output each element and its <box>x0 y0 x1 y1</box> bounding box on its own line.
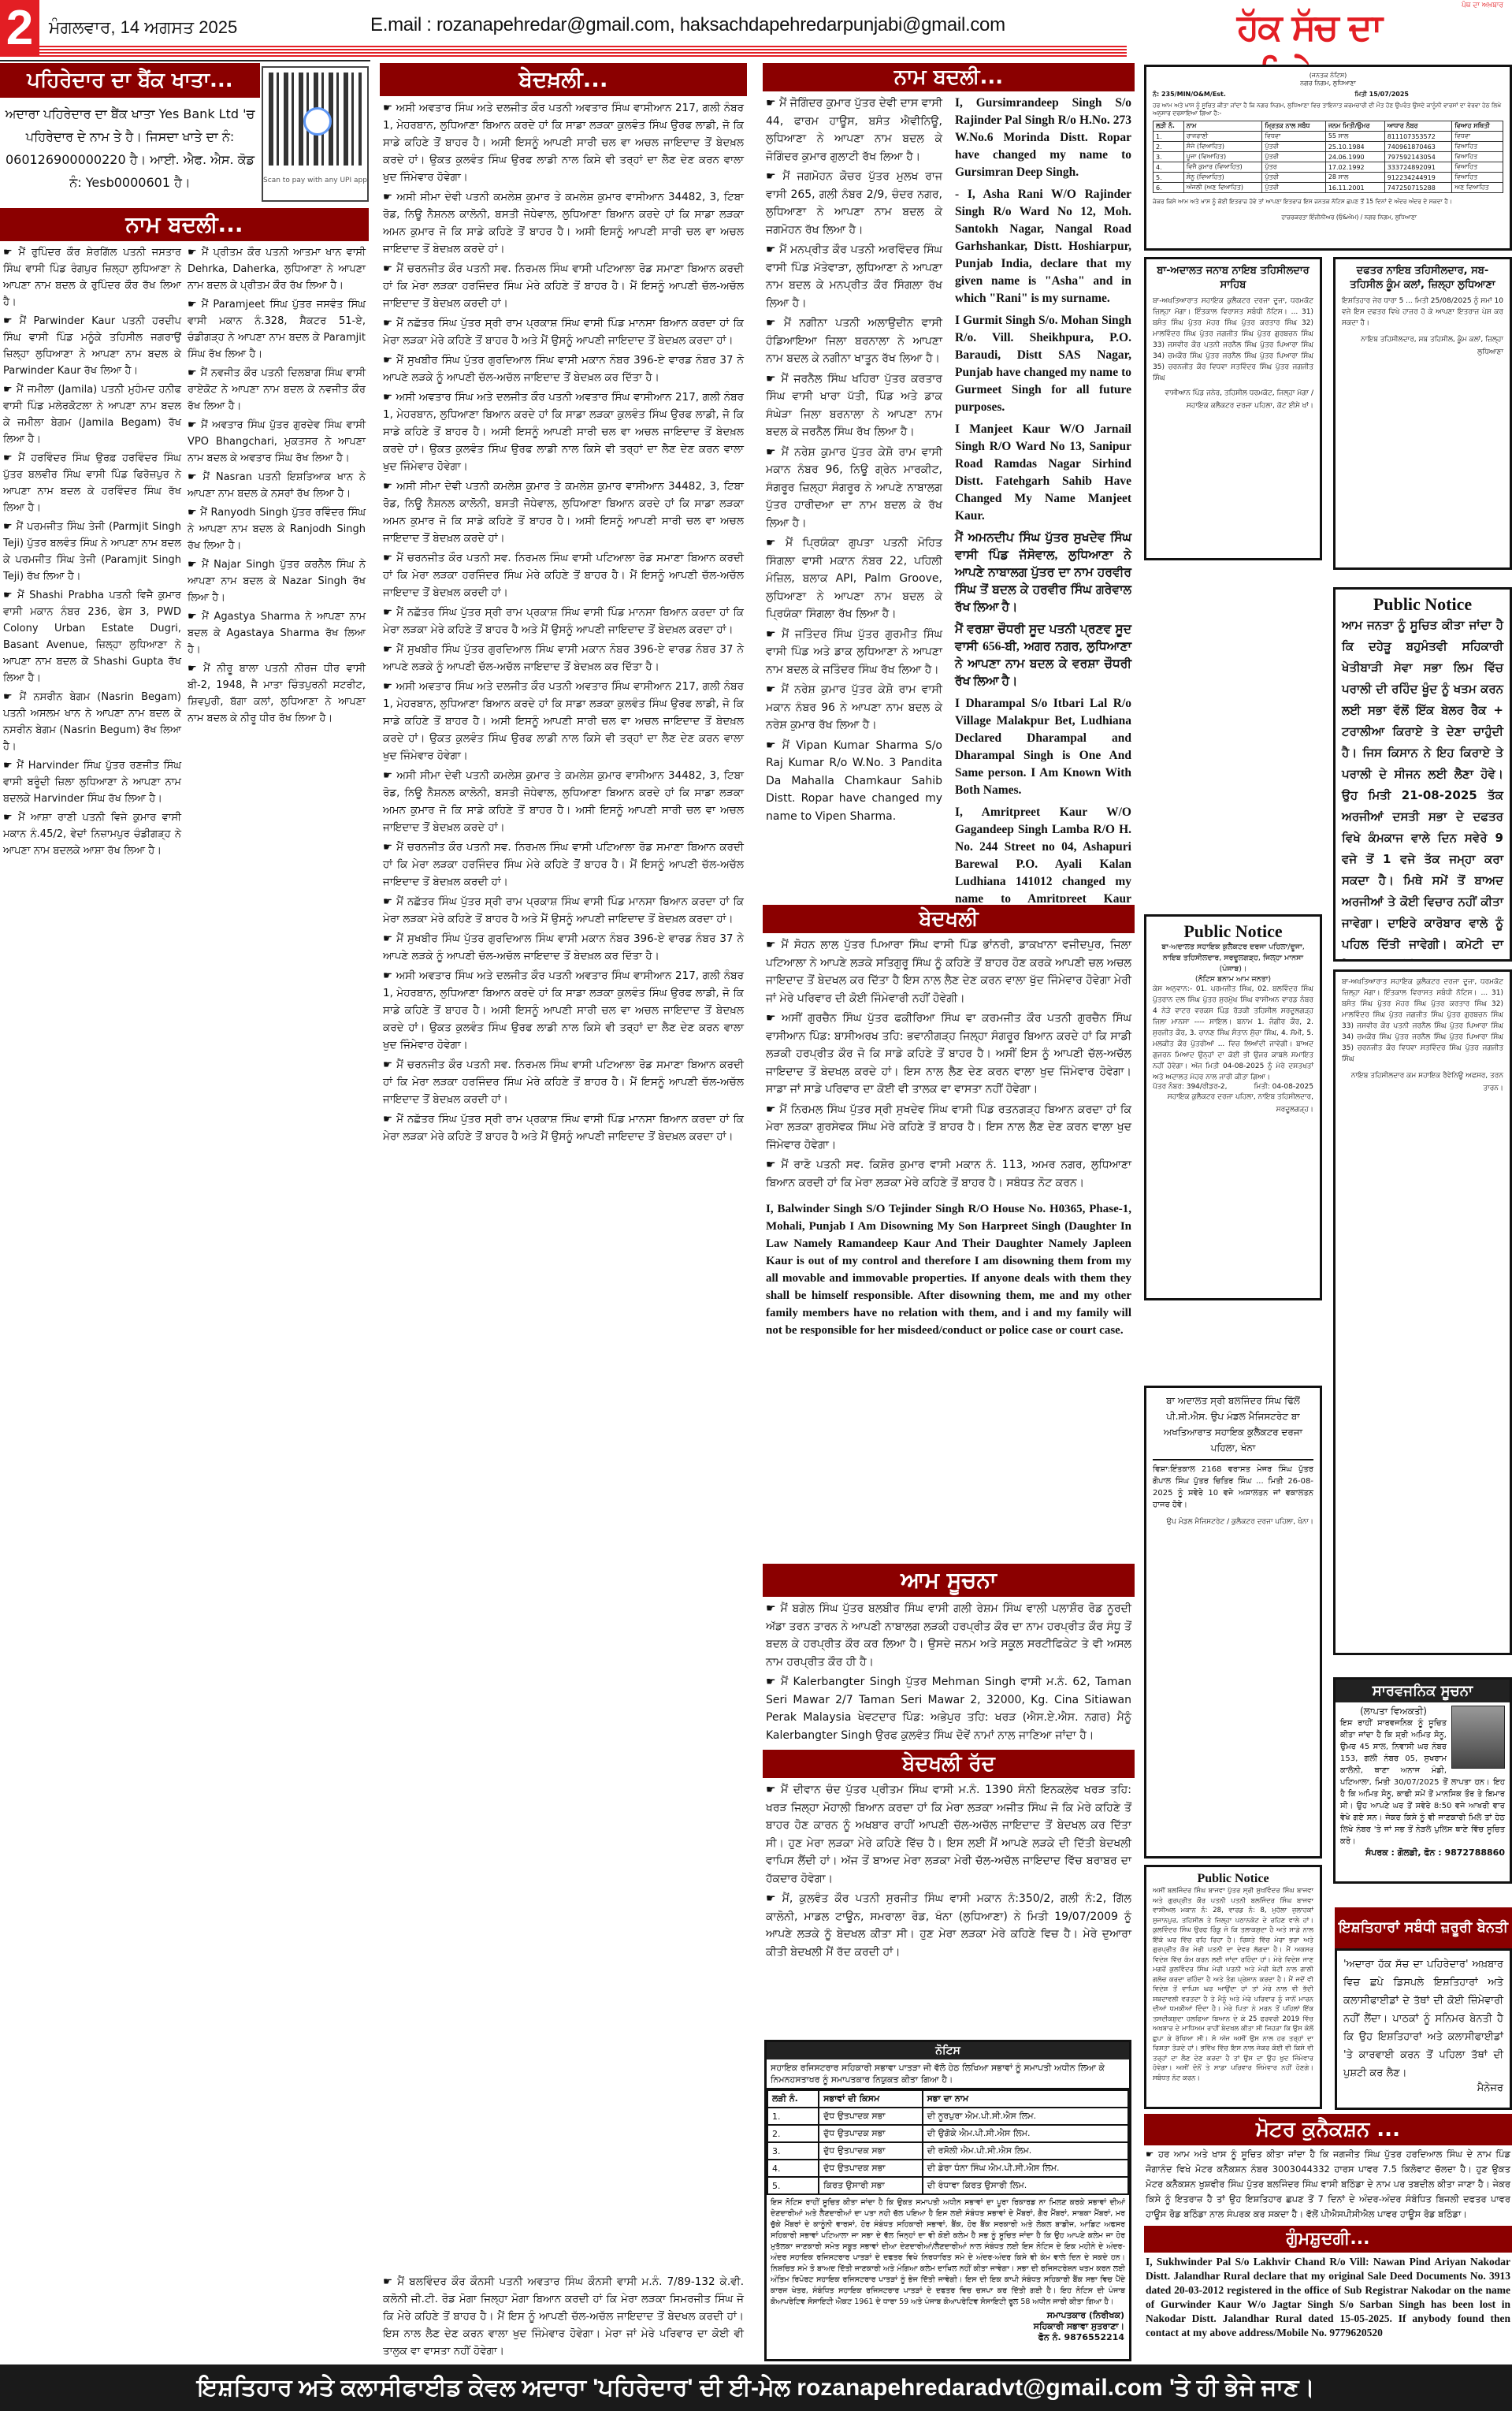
bedakhli-right-list: ☛ ਮੈਂ ਸੋਹਨ ਲਾਲ ਪੁੱਤਰ ਪਿਆਰਾ ਸਿੰਘ ਵਾਸੀ ਪਿੰ… <box>763 933 1135 1197</box>
list-item: ਮੈਂ ਜਤਿੰਦਰ ਸਿੰਘ ਪੁੱਤਰ ਗੁਰਮੀਤ ਸਿੰਘ ਵਾਸੀ ਪ… <box>766 626 942 679</box>
notice-title: Public Notice <box>1153 921 1313 942</box>
disclaimer-signature: ਮੈਨੇਜਰ <box>1343 2082 1503 2094</box>
cell: ਸੰਜੇ (ਵਿਆਹਿਤ) <box>1183 142 1262 152</box>
notice-body: ਇਸ ਨੋਟਿਸ ਰਾਹੀਂ ਸੂਚਿਤ ਕੀਤਾ ਜਾਂਦਾ ਹੈ ਕਿ ਉਕ… <box>767 2195 1129 2310</box>
naam-badli-columns: ਮੈਂ ਰੁਪਿੰਦਰ ਕੌਰ ਸ਼ੇਰਗਿੱਲ ਪਤਨੀ ਜਸਤਾਰ ਸਿੰਘ… <box>0 241 369 865</box>
table-row: 4.ਦੁੱਧ ਉਤਪਾਦਕ ਸਭਾਦੀ ਡੇਰਾ ਧੰਨਾ ਸਿੰਘ ਐਮ.ਪੀ… <box>767 2160 1128 2177</box>
list-item: ਮੈਂ ਨੀਰੂ ਬਾਲਾ ਪਤਨੀ ਨੀਰਜ ਧੀਰ ਵਾਸੀ ਬੀ-2, 1… <box>188 660 366 727</box>
cell: ਵਿਆਹਿਤ <box>1452 142 1503 152</box>
list-item: ਮੈਂ, ਕੁਲਵੰਤ ਕੌਰ ਪਤਨੀ ਸੁਰਜੀਤ ਸਿੰਘ ਵਾਸੀ ਮਕ… <box>766 1890 1131 1961</box>
list-item: ਮੈਂ ਜੋਗਿੰਦਰ ਕੁਮਾਰ ਪੁੱਤਰ ਦੇਵੀ ਦਾਸ ਵਾਸੀ 44… <box>766 95 942 166</box>
logo-tagline: ਪੰਥ ਦਾ ਅਖ਼ਬਾਰ <box>1462 2 1503 9</box>
cell: 2. <box>1154 142 1184 152</box>
list-item: ਮੈਂ ਰਾਣੋ ਪਤਨੀ ਸਵ. ਕਿਸ਼ੋਰ ਕੁਮਾਰ ਵਾਸੀ ਮਕਾਨ… <box>766 1156 1131 1192</box>
list-item: ਅਸੀ ਅਵਤਾਰ ਸਿੰਘ ਅਤੇ ਦਲਜੀਤ ਕੌਰ ਪਤਨੀ ਅਵਤਾਰ … <box>383 99 744 186</box>
notice-title: ਬਾ ਅਦਾਲਤ ਸ੍ਰੀ ਬਲਜਿੰਦਰ ਸਿੰਘ ਢਿੱਲੋਂ ਪੀ.ਸੀ.… <box>1153 1393 1313 1460</box>
list-item: I, Balwinder Singh S/O Tejinder Singh R/… <box>766 1200 1131 1339</box>
cell: 17.02.1992 <box>1325 162 1384 173</box>
table-row: 1.ਦੁੱਧ ਉਤਪਾਦਕ ਸਭਾਦੀ ਨੂਰਪੁਰਾ ਐਮ.ਪੀ.ਸੀ.ਐਸ … <box>767 2108 1128 2125</box>
upi-qr-code[interactable]: Scan to pay with any UPI app <box>262 66 369 202</box>
list-item: ਮੈਂ ਹਰਵਿੰਦਰ ਸਿੰਘ ਉਰਫ਼ ਹਰਵਿੰਦਰ ਸਿੰਘ ਪੁੱਤਰ… <box>3 450 181 516</box>
notice-subtitle: (ਨੋਟਿਸ ਬਨਾਮ ਆਮ ਜਨਤਾ) <box>1153 975 1313 984</box>
naam-badli-right-section: ਨਾਮ ਬਦਲੀ... ਮੈਂ ਜੋਗਿੰਦਰ ਕੁਮਾਰ ਪੁੱਤਰ ਦੇਵੀ… <box>763 63 1135 902</box>
notice-ref-row: ਪੱਤਰ ਨੰਬਰ: 394/ਰੀਡਰ-2, ਮਿਤੀ: 04-08-2025 <box>1153 1083 1313 1091</box>
qr-icon <box>269 73 362 166</box>
cell: 811107353572 <box>1384 132 1452 142</box>
cell: 1. <box>767 2108 819 2125</box>
list-item: ਮੈਂ ਸੁਖਬੀਰ ਸਿੰਘ ਪੁੱਤਰ ਗੁਰਦਿਆਲ ਸਿੰਘ ਵਾਸੀ … <box>383 641 744 675</box>
section-header: ਗੁੰਮਸ਼ੁਦਗੀ... <box>1144 2226 1512 2253</box>
notice-org: ਨਗਰ ਨਿਗਮ, ਲੁਧਿਆਣਾ <box>1153 80 1503 87</box>
list-item: ਮੈਂ ਨਰੇਸ਼ ਕੁਮਾਰ ਪੁੱਤਰ ਕੇਸ਼ੋ ਰਾਮ ਵਾਸੀ ਮਕਾ… <box>766 444 942 533</box>
notice-ref: ਨੰ: 235/MIN/O&M/Est. <box>1153 91 1226 99</box>
bank-text: ਅਦਾਰਾ ਪਹਿਰੇਦਾਰ ਦਾ ਬੈਂਕ ਖਾਤਾ Yes Bank Ltd… <box>0 98 260 199</box>
list-item: ਮੈਂ ਨਛੱਤਰ ਸਿੰਘ ਪੁੱਤਰ ਸ੍ਰੀ ਰਾਮ ਪ੍ਰਕਾਸ਼ ਸਿ… <box>383 604 744 638</box>
public-notice-sardulgarh: Public Notice ਬਾ-ਅਦਾਲਤ ਸਹਾਇਕ ਕੁਲੈਕਟਰ ਦਰਜ… <box>1144 914 1322 1300</box>
list-item: ਮੈਂ ਜਗਮੋਹਨ ਕੋਚਰ ਪੁੱਤਰ ਮੁਲਖ ਰਾਜ ਵਾਸੀ 265,… <box>766 168 942 239</box>
cell: 1. <box>1154 132 1184 142</box>
bedakhli-radd-section: ਬੇਦਖਲੀ ਰੱਦ ਮੈਂ ਦੀਵਾਨ ਚੰਦ ਪੁੱਤਰ ਪ੍ਰੀਤਮ ਸਿ… <box>763 1750 1135 2033</box>
person-photo <box>1451 1706 1505 1769</box>
footer-banner: ਇਸ਼ਤਿਹਾਰ ਅਤੇ ਕਲਾਸੀਫਾਈਡ ਕੇਵਲ ਅਦਾਰਾ 'ਪਹਿਰੇ… <box>0 2364 1512 2411</box>
list-item: ਮੈਂ ਚਰਨਜੀਤ ਕੌਰ ਪਤਨੀ ਸਵ. ਨਿਰਮਲ ਸਿੰਘ ਵਾਸੀ … <box>383 549 744 601</box>
section-header: ਨਾਮ ਬਦਲੀ... <box>763 63 1135 91</box>
list-item: ਮੈਂ ਬਲਵਿੰਦਰ ਕੌਰ ਕੌਨਸੀ ਪਤਨੀ ਅਵਤਾਰ ਸਿੰਘ ਕੌ… <box>383 2273 744 2360</box>
table-row: 4.ਵਿਜੈ ਕੁਮਾਰ (ਵਿਆਹਿਤ)ਪੁੱਤਰ17.02.19923337… <box>1154 162 1503 173</box>
list-item: I, Gursimrandeep Singh S/o Rajinder Pal … <box>955 95 1131 181</box>
cell: 6. <box>1154 183 1184 193</box>
notice-body: ਆਮ ਜਨਤਾ ਨੂੰ ਸੂਚਿਤ ਕੀਤਾ ਜਾਂਦਾ ਹੈ ਕਿ ਦਹੇੜੂ… <box>1342 615 1503 962</box>
list-item: ਮੈਂ ਸੁਖਬੀਰ ਸਿੰਘ ਪੁੱਤਰ ਗੁਰਦਿਆਲ ਸਿੰਘ ਵਾਸੀ … <box>383 930 744 965</box>
table-row: 5.ਕਿਰਤ ਉਸਾਰੀ ਸਭਾਦੀ ਰੰਧਾਵਾ ਕਿਰਤ ਉਸਾਰੀ ਲਿਮ… <box>767 2177 1128 2194</box>
notice-body: ਅਸੀਂ ਬਲਜਿੰਦਰ ਸਿੰਘ ਬਾਜਵਾ ਪੁੱਤਰ ਸ੍ਰੀ ਸੁਖਵਿ… <box>1153 1886 1313 2083</box>
section-header: ਇਸ਼ਤਿਹਾਰਾਂ ਸਬੰਧੀ ਜ਼ਰੂਰੀ ਬੇਨਤੀ <box>1335 1907 1512 1948</box>
khanna-court-notice: ਬਾ ਅਦਾਲਤ ਸ੍ਰੀ ਬਲਜਿੰਦਰ ਸਿੰਘ ਢਿੱਲੋਂ ਪੀ.ਸੀ.… <box>1144 1386 1322 1858</box>
list-item: ਮੈਂ ਅਵਤਾਰ ਸਿੰਘ ਪੁੱਤਰ ਗੁਰਦੇਵ ਸਿੰਘ ਵਾਸੀ VP… <box>188 417 366 467</box>
daftar-naib-tehsildar-notice: ਦਫਤਰ ਨਾਇਬ ਤਹਿਸੀਲਦਾਰ, ਸਬ-ਤਹਿਸੀਲ ਕੂੰਮ ਕਲਾਂ… <box>1333 257 1512 570</box>
notice-body: ਇਸ਼ਤਿਹਾਰ ਜੇਰ ਧਾਰਾ 5 ... ਮਿਤੀ 25/08/2025 … <box>1342 296 1503 329</box>
masthead-email: E.mail : rozanapehredar@gmail.com, haksa… <box>370 14 1005 36</box>
cell: ਪੁੱਤਰੀ <box>1262 152 1325 162</box>
cell: ਪੂਜਾ (ਵਿਆਹਿਤ) <box>1183 152 1262 162</box>
bedakhli-last-item: ਮੈਂ ਬਲਵਿੰਦਰ ਕੌਰ ਕੌਨਸੀ ਪਤਨੀ ਅਵਤਾਰ ਸਿੰਘ ਕੌ… <box>380 2270 747 2361</box>
missing-person-body: (ਲਾਪਤਾ ਵਿਅਕਤੀ) ਇਸ ਰਾਹੀਂ ਸਾਰਵਜਨਿਕ ਨੂੰ ਸੂਚ… <box>1336 1702 1510 1862</box>
list-item: ਮੈਂ ਨਵਜੀਤ ਕੌਰ ਪਤਨੀ ਦਿਲਬਾਗ ਸਿੰਘ ਵਾਸੀ ਰਾਏਕ… <box>188 365 366 415</box>
notice-signature: ਸਮਾਪਤਕਾਰ (ਨਿਰੀਖਕ) ਸਹਿਕਾਰੀ ਸਭਾਵਾ ਸੁਤਰਾਣਾ।… <box>767 2310 1129 2343</box>
cell: ਵਿਜੈ ਕੁਮਾਰ (ਵਿਆਹਿਤ) <box>1183 162 1262 173</box>
notice-ref-row: ਨੰ: 235/MIN/O&M/Est. ਮਿਤੀ 15/07/2025 <box>1153 91 1503 99</box>
list-item: ਮੈਂ ਜਰਨੈਲ ਸਿੰਘ ਖਹਿਰਾ ਪੁੱਤਰ ਕਰਤਾਰ ਸਿੰਘ ਵਾ… <box>766 370 942 441</box>
list-item: ਅਸੀ ਸੀਮਾ ਦੇਵੀ ਪਤਨੀ ਕਮਲੇਸ਼ ਕੁਮਾਰ ਤੇ ਕਮਲੇਸ… <box>383 478 744 547</box>
naam-badli-right-columns: ਮੈਂ ਜੋਗਿੰਦਰ ਕੁਮਾਰ ਪੁੱਤਰ ਦੇਵੀ ਦਾਸ ਵਾਸੀ 44… <box>763 91 1135 902</box>
notice-title: ਸਾਰਵਜਨਿਕ ਸੂਚਨਾ <box>1336 1680 1510 1702</box>
list-item: ਮੈਂ ਮਨਪ੍ਰੀਤ ਕੌਰ ਪਤਨੀ ਅਰਵਿੰਦਰ ਸਿੰਘ ਵਾਸੀ ਪ… <box>766 241 942 312</box>
cell: ਦੀ ਰੰਧਾਵਾ ਕਿਰਤ ਉਸਾਰੀ ਲਿਮ. <box>923 2177 1128 2194</box>
cell: ਪੁੱਤਰੀ <box>1262 173 1325 183</box>
notice-signature: ਉਪ ਮੰਡਲ ਮੈਜਿਸਟਰੇਟ / ਕੁਲੈਕਟਰ ਦਰਜਾ ਪਹਿਲਾ, … <box>1153 1516 1313 1528</box>
public-notice-pathankot: Public Notice ਅਸੀਂ ਬਲਜਿੰਦਰ ਸਿੰਘ ਬਾਜਵਾ ਪੁ… <box>1144 1865 1322 2109</box>
motor-and-lost-section: ਮੋਟਰ ਕੁਨੈਕਸ਼ਨ ... ਹਰ ਆਮ ਅਤੇ ਖਾਸ ਨੂੰ ਸੂਚਿ… <box>1144 2114 1512 2364</box>
public-notice-dahedu: Public Notice ਆਮ ਜਨਤਾ ਨੂੰ ਸੂਚਿਤ ਕੀਤਾ ਜਾਂ… <box>1333 587 1512 962</box>
list-item: ਮੈਂ ਚਰਨਜੀਤ ਕੌਰ ਪਤਨੀ ਸਵ. ਨਿਰਮਲ ਸਿੰਘ ਵਾਸੀ … <box>383 1056 744 1108</box>
section-header: ਬੇਦਖਲੀ ਰੱਦ <box>763 1750 1135 1778</box>
list-item: I Gurmit Singh S/o. Mohan Singh R/o. Vil… <box>955 312 1131 416</box>
motor-body-wrap: ਹਰ ਆਮ ਅਤੇ ਖਾਸ ਨੂੰ ਸੂਚਿਤ ਕੀਤਾ ਜਾਂਦਾ ਹੈ ਕਿ… <box>1144 2145 1512 2226</box>
cell: ਦੀ ਨੂਰਪੁਰਾ ਐਮ.ਪੀ.ਸੀ.ਐਸ ਲਿਮ. <box>923 2108 1128 2125</box>
list-item: ਅਸੀ ਸੀਮਾ ਦੇਵੀ ਪਤਨੀ ਕਮਲੇਸ਼ ਕੁਮਾਰ ਤੇ ਕਮਲੇਸ… <box>383 188 744 258</box>
notice-body: ਬਾ-ਅਖਤਿਆਰਾਤ ਸਹਾਇਕ ਕੁਲੈਕਟਰ ਦਰਜਾ ਦੂਜਾ, ਧਰਮ… <box>1153 296 1313 384</box>
list-item: ਮੈਂ Agastya Sharma ਨੇ ਆਪਣਾ ਨਾਮ ਬਦਲ ਕੇ Ag… <box>188 608 366 658</box>
cell: ਅੰਜਲੀ (ਅਣ ਵਿਆਹਿਤ) <box>1183 183 1262 193</box>
cell: 4. <box>767 2160 819 2177</box>
municipal-heirs-notice: (ਜਨਤਕ ਨੋਟਿਸ) ਨਗਰ ਨਿਗਮ, ਲੁਧਿਆਣਾ ਨੰ: 235/M… <box>1144 65 1512 251</box>
cell: ਦੁੱਧ ਉਤਪਾਦਕ ਸਭਾ <box>819 2142 922 2160</box>
cooperative-notice: ਨੋਟਿਸ ਸਹਾਇਕ ਰਜਿਸਟਰਾਰ ਸਹਿਕਾਰੀ ਸਭਾਵਾ ਪਾਤੜਾ… <box>764 2040 1131 2361</box>
cell: 3. <box>1154 152 1184 162</box>
naam-badli-left-section: ਨਾਮ ਬਦਲੀ... ਮੈਂ ਰੁਪਿੰਦਰ ਕੌਰ ਸ਼ੇਰਗਿੱਲ ਪਤਨ… <box>0 208 369 2360</box>
cell: ਦੀ ਉਗੋਕੇ ਐਮ.ਪੀ.ਸੀ.ਐਸ ਲਿਮ. <box>923 2125 1128 2142</box>
section-header: ਨਾਮ ਬਦਲੀ... <box>0 208 369 241</box>
cell: 3. <box>767 2142 819 2160</box>
list-item: ਮੈਂ Paramjeet ਸਿੰਘ ਪੁੱਤਰ ਜਸਵੰਤ ਸਿੰਘ ਵਾਸੀ… <box>188 296 366 363</box>
bedakhli-section: ਬੇਦਖ਼ਲੀ... ਅਸੀ ਅਵਤਾਰ ਸਿੰਘ ਅਤੇ ਦਲਜੀਤ ਕੌਰ … <box>380 63 747 2361</box>
signatory-phone: ਫੋਨ ਨੰ. 9876552214 <box>771 2332 1124 2343</box>
list-item: ਮੈਂ Harvinder ਸਿੰਘ ਪੁੱਤਰ ਰਣਜੀਤ ਸਿੰਘ ਵਾਸੀ… <box>3 757 181 807</box>
list-item: ਅਸੀ ਅਵਤਾਰ ਸਿੰਘ ਅਤੇ ਦਲਜੀਤ ਕੌਰ ਪਤਨੀ ਅਵਤਾਰ … <box>383 678 744 765</box>
column-header: ਨਾਮ <box>1183 121 1262 132</box>
notice-footer: ਜੇਕਰ ਕਿਸੇ ਆਮ ਅਤੇ ਖਾਸ ਨੂੰ ਕੋਈ ਇਤਰਾਜ਼ ਹੋਵੇ… <box>1153 198 1503 206</box>
section-header: ਆਮ ਸੂਚਨਾ <box>763 1564 1135 1597</box>
cell: 28 ਸਾਲ <box>1325 173 1384 183</box>
list-item: ਮੈਂ ਨਛੱਤਰ ਸਿੰਘ ਪੁੱਤਰ ਸ੍ਰੀ ਰਾਮ ਪ੍ਰਕਾਸ਼ ਸਿ… <box>383 1111 744 1145</box>
column-header: ਸਭਾਵਾਂ ਦੀ ਕਿਸਮ <box>819 2090 922 2108</box>
list-item: ਮੈਂ Kalerbangter Singh ਪੁੱਤਰ Mehman Sing… <box>766 1673 1131 1744</box>
notice-title: ਬਾ-ਅਦਾਲਤ ਜਨਾਬ ਨਾਇਬ ਤਹਿਸੀਲਦਾਰ ਸਾਹਿਬ <box>1153 264 1313 292</box>
signatory-office: ਸਹਿਕਾਰੀ ਸਭਾਵਾ ਸੁਤਰਾਣਾ। <box>771 2321 1124 2332</box>
cell: 740961870463 <box>1384 142 1452 152</box>
page-number: 2 <box>0 0 39 57</box>
cell: ਵਿਆਹਿਤ <box>1452 162 1503 173</box>
aam-suchna-list: ਮੈਂ ਬਗੇਲ ਸਿੰਘ ਪੁੱਤਰ ਬਲਬੀਰ ਸਿੰਘ ਵਾਸੀ ਗਲੀ … <box>763 1597 1135 1745</box>
list-item: ਮੈਂ Nasran ਪਤਨੀ ਇਸ਼ਤਿਆਕ ਖਾਨ ਨੇ ਆਪਣਾ ਨਾਮ … <box>188 469 366 502</box>
list-item: ਅਸੀ ਸੀਮਾ ਦੇਵੀ ਪਤਨੀ ਕਮਲੇਸ਼ ਕੁਮਾਰ ਤੇ ਕਮਲੇਸ… <box>383 767 744 836</box>
list-item: ਮੈਂ ਆਸ਼ਾ ਰਾਣੀ ਪਤਨੀ ਵਿਜੇ ਕੁਮਾਰ ਵਾਸੀ ਮਕਾਨ … <box>3 809 181 859</box>
cell: 333724892091 <box>1384 162 1452 173</box>
notice-signature: ਨਾਇਬ ਤਹਿਸੀਲਦਾਰ, ਸਬ ਤਹਿਸੀਲ, ਕੂੰਮ ਕਲਾਂ, ਜ਼… <box>1342 333 1503 359</box>
cell: 797592143054 <box>1384 152 1452 162</box>
list-item: ਮੈਂ ਜਮੀਲਾ (Jamila) ਪਤਨੀ ਮੁਹੰਮਦ ਹਨੀਫ ਵਾਸੀ… <box>3 381 181 448</box>
list-item: ਮੈਂ ਅਮਨਦੀਪ ਸਿੰਘ ਪੁੱਤਰ ਸੁਖਦੇਵ ਸਿੰਘ ਵਾਸੀ ਪ… <box>955 530 1131 616</box>
list-item: ਅਸੀ ਅਵਤਾਰ ਸਿੰਘ ਅਤੇ ਦਲਜੀਤ ਕੌਰ ਪਤਨੀ ਅਵਤਾਰ … <box>383 389 744 475</box>
column-header: ਜਨਮ ਮਿਤੀ/ਉਮਰ <box>1325 121 1384 132</box>
list-item: ਅਸੀਂ ਗੁਰਚੈਨ ਸਿੰਘ ਪੁੱਤਰ ਫਕੀਰਿਆ ਸਿੰਘ ਵਾ ਕਰ… <box>766 1010 1131 1099</box>
naam-badli-english-col: I, Gursimrandeep Singh S/o Rajinder Pal … <box>952 91 1135 902</box>
list-item: ਮੈਂ Vipan Kumar Sharma S/o Raj Kumar R/o… <box>766 737 942 826</box>
section-header: ਬੇਦਖਲੀ <box>763 905 1135 933</box>
column-header: ਸਭਾ ਦਾ ਨਾਮ <box>923 2090 1128 2108</box>
list-item: ਮੈਂ ਨਛੱਤਰ ਸਿੰਘ ਪੁੱਤਰ ਸ੍ਰੀ ਰਾਮ ਪ੍ਰਕਾਸ਼ ਸਿ… <box>383 314 744 349</box>
list-item: ਮੈਂ ਨਸਰੀਨ ਬੇਗਮ (Nasrin Begam) ਪਤਨੀ ਅਸਲਮ … <box>3 689 181 755</box>
list-item: I, Amritpreet Kaur W/O Gagandeep Singh L… <box>955 804 1131 902</box>
divider <box>0 60 370 61</box>
cell: 747250715288 <box>1384 183 1452 193</box>
column-header: ਲੜੀ ਨੰ. <box>767 2090 819 2108</box>
list-item: ਮੈਂ ਚਰਨਜੀਤ ਕੌਰ ਪਤਨੀ ਸਵ. ਨਿਰਮਲ ਸਿੰਘ ਵਾਸੀ … <box>383 839 744 891</box>
cell: ਅਣ ਵਿਆਹਿਤ <box>1452 183 1503 193</box>
notice-title: Public Notice <box>1153 1872 1313 1886</box>
section-header: ਮੋਟਰ ਕੁਨੈਕਸ਼ਨ ... <box>1144 2114 1512 2145</box>
cell: 55 ਸਾਲ <box>1325 132 1384 142</box>
naam-badli-col-b: ਮੈਂ ਪ੍ਰੀਤਮ ਕੌਰ ਪਤਨੀ ਆਤਮਾ ਖਾਨ ਵਾਸੀ Dehrka… <box>188 244 366 861</box>
tarn-taran-notice: ਬਾ-ਅਖਤਿਆਰਾਤ ਸਹਾਇਕ ਕੁਲੈਕਟਰ ਦਰਜਾ ਦੂਜਾ, ਧਰਮ… <box>1333 969 1512 1655</box>
cell: ਦੁੱਧ ਉਤਪਾਦਕ ਸਭਾ <box>819 2160 922 2177</box>
notice-signature: ਵਾਸੀਆਨ ਪਿੰਡ ਜਨੇਰ, ਤਹਿਸੀਲ ਧਰਮਕੋਟ, ਜਿਲ੍ਹਾ … <box>1153 387 1313 412</box>
table-row: 3.ਪੂਜਾ (ਵਿਆਹਿਤ)ਪੁੱਤਰੀ24.06.1990797592143… <box>1154 152 1503 162</box>
aam-suchna-section: ਆਮ ਸੂਚਨਾ ਮੈਂ ਬਗੇਲ ਸਿੰਘ ਪੁੱਤਰ ਬਲਬੀਰ ਸਿੰਘ … <box>763 1564 1135 1745</box>
cell: ਕਿਰਤ ਉਸਾਰੀ ਸਭਾ <box>819 2177 922 2194</box>
lost-document-notice: I, Sukhwinder Pal S/o Lakhvir Chand R/o … <box>1144 2253 1512 2342</box>
table-row: 5.ਸੋਨੂ (ਵਿਆਹਿਤ)ਪੁੱਤਰੀ28 ਸਾਲ912234244919ਵ… <box>1154 173 1503 183</box>
list-item: ਮੈਂ ਨਿਰਮਲ ਸਿੰਘ ਪੁੱਤਰ ਸ੍ਰੀ ਸੁਖਦੇਵ ਸਿੰਘ ਵਾ… <box>766 1101 1131 1155</box>
cell: ਪੁੱਤਰ <box>1262 162 1325 173</box>
notice-date: ਮਿਤੀ: 04-08-2025 <box>1254 1083 1314 1091</box>
section-header: ਬੇਦਖ਼ਲੀ... <box>380 63 747 96</box>
cell: ਪੁੱਤਰੀ <box>1262 142 1325 152</box>
bedakhli-right-section: ਬੇਦਖਲੀ ☛ ਮੈਂ ਸੋਹਨ ਲਾਲ ਪੁੱਤਰ ਪਿਆਰਾ ਸਿੰਘ ਵ… <box>763 905 1135 1480</box>
list-item: ਮੈਂ Parwinder Kaur ਪਤਨੀ ਹਰਦੀਪ ਸਿੰਘ ਵਾਸੀ … <box>3 313 181 379</box>
missing-person-notice: ਸਾਰਵਜਨਿਕ ਸੂਚਨਾ (ਲਾਪਤਾ ਵਿਅਕਤੀ) ਇਸ ਰਾਹੀਂ ਸ… <box>1333 1677 1512 1884</box>
notice-title: Public Notice <box>1342 594 1503 615</box>
table-header-row: ਲੜੀ ਨੰ.ਨਾਮਮ੍ਰਿਤਕ ਨਾਲ ਸਬੰਧਜਨਮ ਮਿਤੀ/ਉਮਰਆਧਾ… <box>1154 121 1503 132</box>
cell: 2. <box>767 2125 819 2142</box>
notice-intro: ਸਹਾਇਕ ਰਜਿਸਟਰਾਰ ਸਹਿਕਾਰੀ ਸਭਾਵਾ ਪਾਤੜਾ ਜੀ ਵੱ… <box>767 2059 1129 2089</box>
contact-info: ਸੰਪਰਕ : ਗੋਲਡੀ, ਫੋਨ : 9872788860 <box>1340 1847 1505 1858</box>
column-header: ਮ੍ਰਿਤਕ ਨਾਲ ਸਬੰਧ <box>1262 121 1325 132</box>
list-item: ਮੈਂ ਚਰਨਜੀਤ ਕੌਰ ਪਤਨੀ ਸਵ. ਨਿਰਮਲ ਸਿੰਘ ਵਾਸੀ … <box>383 260 744 312</box>
cell: ਪੁੱਤਰੀ <box>1262 183 1325 193</box>
table-row: 2.ਸੰਜੇ (ਵਿਆਹਿਤ)ਪੁੱਤਰੀ25.10.1984740961870… <box>1154 142 1503 152</box>
list-item: ਮੈਂ ਦੀਵਾਨ ਚੰਦ ਪੁੱਤਰ ਪ੍ਰੀਤਮ ਸਿੰਘ ਵਾਸੀ ਮ.ਨ… <box>766 1781 1131 1888</box>
table-row: 1.ਰਾਜਰਾਣੀਵਿਧਵਾ55 ਸਾਲ811107353572ਵਿਧਵਾ <box>1154 132 1503 142</box>
cell: ਦੀ ਰਸੋਲੀ ਐਮ.ਪੀ.ਸੀ.ਐਸ ਲਿਮ. <box>923 2142 1128 2160</box>
bedakhli-english: I, Balwinder Singh S/O Tejinder Singh R/… <box>763 1197 1135 1347</box>
list-item: ਮੈਂ ਰੁਪਿੰਦਰ ਕੌਰ ਸ਼ੇਰਗਿੱਲ ਪਤਨੀ ਜਸਤਾਰ ਸਿੰਘ… <box>3 244 181 311</box>
table-row: 2.ਦੁੱਧ ਉਤਪਾਦਕ ਸਭਾਦੀ ਉਗੋਕੇ ਐਮ.ਪੀ.ਸੀ.ਐਸ ਲਿ… <box>767 2125 1128 2142</box>
list-item: - I, Asha Rani W/O Rajinder Singh R/o Wa… <box>955 186 1131 307</box>
list-item: ਅਸੀ ਅਵਤਾਰ ਸਿੰਘ ਅਤੇ ਦਲਜੀਤ ਕੌਰ ਪਤਨੀ ਅਵਤਾਰ … <box>383 967 744 1054</box>
cell: 4. <box>1154 162 1184 173</box>
heirs-table: ਲੜੀ ਨੰ.ਨਾਮਮ੍ਰਿਤਕ ਨਾਲ ਸਬੰਧਜਨਮ ਮਿਤੀ/ਉਮਰਆਧਾ… <box>1153 121 1503 193</box>
bank-title: ਪਹਿਰੇਦਾਰ ਦਾ ਬੈਂਕ ਖਾਤਾ... <box>0 63 260 98</box>
signatory-title: ਸਮਾਪਤਕਾਰ (ਨਿਰੀਖਕ) <box>771 2310 1124 2321</box>
masthead-rule <box>39 46 1127 57</box>
cell: 5. <box>1154 173 1184 183</box>
ba-adalat-notice: ਬਾ-ਅਦਾਲਤ ਜਨਾਬ ਨਾਇਬ ਤਹਿਸੀਲਦਾਰ ਸਾਹਿਬ ਬਾ-ਅਖ… <box>1144 257 1322 560</box>
notice-title: ਨੋਟਿਸ <box>767 2042 1129 2059</box>
bedakhli-radd-list: ਮੈਂ ਦੀਵਾਨ ਚੰਦ ਪੁੱਤਰ ਪ੍ਰੀਤਮ ਸਿੰਘ ਵਾਸੀ ਮ.ਨ… <box>763 1778 1135 1966</box>
notice-title: (ਜਨਤਕ ਨੋਟਿਸ) <box>1153 72 1503 80</box>
list-item: I Manjeet Kaur W/O Jarnail Singh R/O War… <box>955 421 1131 525</box>
cell: ਵਿਧਵਾ <box>1262 132 1325 142</box>
table-row: 3.ਦੁੱਧ ਉਤਪਾਦਕ ਸਭਾਦੀ ਰਸੋਲੀ ਐਮ.ਪੀ.ਸੀ.ਐਸ ਲਿ… <box>767 2142 1128 2160</box>
ishtihar-benti-header: ਇਸ਼ਤਿਹਾਰਾਂ ਸਬੰਧੀ ਜ਼ਰੂਰੀ ਬੇਨਤੀ <box>1335 1907 1512 1948</box>
list-item: ਮੈਂ Najar Singh ਪੁੱਤਰ ਕਰਨੈਲ ਸਿੰਘ ਨੇ ਆਪਣਾ… <box>188 556 366 606</box>
qr-caption: Scan to pay with any UPI app <box>263 177 367 184</box>
cell: ਵਿਆਹਿਤ <box>1452 152 1503 162</box>
notice-signature: ਹਾਜ਼ਰਕਰਤਾ ਇੰਜੀਨੀਅਰ (ਓ&ਐਮ) / ਨਗਰ ਨਿਗਮ, ਲੁ… <box>1153 214 1417 221</box>
notice-body: ਕੇਸ ਅਨੁਵਾਨ:- 01. ਪਰਮਜੀਤ ਸਿੰਘ, 02. ਬਲਵਿੰਦ… <box>1153 984 1313 1083</box>
ishtihar-benti-box: 'ਅਦਾਰਾ ਹੱਕ ਸੱਚ ਦਾ ਪਹਿਰੇਦਾਰ' ਅਖ਼ਬਾਰ ਵਿਚ ਛ… <box>1335 1948 1512 2110</box>
cell: ਸੋਨੂ (ਵਿਆਹਿਤ) <box>1183 173 1262 183</box>
table-row: 6.ਅੰਜਲੀ (ਅਣ ਵਿਆਹਿਤ)ਪੁੱਤਰੀ16.11.200174725… <box>1154 183 1503 193</box>
cell: ਰਾਜਰਾਣੀ <box>1183 132 1262 142</box>
list-item: ਮੈਂ Shashi Prabha ਪਤਨੀ ਵਿਜੈ ਕੁਮਾਰ ਵਾਸੀ ਮ… <box>3 587 181 686</box>
list-item: ਮੈਂ ਵਰਸ਼ਾ ਚੌਧਰੀ ਸੂਦ ਪਤਨੀ ਪ੍ਰਣਵ ਸੂਦ ਵਾਸੀ … <box>955 621 1131 690</box>
issue-date: ਮੰਗਲਵਾਰ, 14 ਅਗਸਤ 2025 <box>49 17 237 38</box>
notice-signature: ਨਾਇਬ ਤਹਿਸੀਲਦਾਰ ਕਮ ਸਹਾਇਕ ਰੈਵੇਨਿਊ ਅਫਸਰ, ਤਰ… <box>1342 1070 1503 1095</box>
bedakhli-list: ਅਸੀ ਅਵਤਾਰ ਸਿੰਘ ਅਤੇ ਦਲਜੀਤ ਕੌਰ ਪਤਨੀ ਅਵਤਾਰ … <box>380 96 747 1151</box>
list-item: ਮੈਂ ਨਛੱਤਰ ਸਿੰਘ ਪੁੱਤਰ ਸ੍ਰੀ ਰਾਮ ਪ੍ਰਕਾਸ਼ ਸਿ… <box>383 893 744 928</box>
cell: ਦੁੱਧ ਉਤਪਾਦਕ ਸਭਾ <box>819 2125 922 2142</box>
notice-title: ਦਫਤਰ ਨਾਇਬ ਤਹਿਸੀਲਦਾਰ, ਸਬ-ਤਹਿਸੀਲ ਕੂੰਮ ਕਲਾਂ… <box>1342 264 1503 292</box>
cell: ਵਿਆਹਿਤ <box>1452 173 1503 183</box>
naam-badli-punjabi-col: ਮੈਂ ਜੋਗਿੰਦਰ ਕੁਮਾਰ ਪੁੱਤਰ ਦੇਵੀ ਦਾਸ ਵਾਸੀ 44… <box>763 91 945 902</box>
list-item: ਮੈਂ ਪਰਮਜੀਤ ਸਿੰਘ ਤੇਜੀ (Parmjit Singh Teji… <box>3 519 181 585</box>
column-header: ਆਧਾਰ ਨੰਬਰ <box>1384 121 1452 132</box>
cell: ਦੀ ਡੇਰਾ ਧੰਨਾ ਸਿੰਘ ਐਮ.ਪੀ.ਸੀ.ਐਸ ਲਿਮ. <box>923 2160 1128 2177</box>
societies-table: ਲੜੀ ਨੰ. ਸਭਾਵਾਂ ਦੀ ਕਿਸਮ ਸਭਾ ਦਾ ਨਾਮ 1.ਦੁੱਧ… <box>767 2089 1129 2195</box>
list-item: ਮੈਂ ਨਗੀਨਾ ਪਤਨੀ ਅਲਾਉਦੀਨ ਵਾਸੀ ਹੰਡਿਆਇਆ ਜਿਲਾ… <box>766 314 942 368</box>
naam-badli-col-a: ਮੈਂ ਰੁਪਿੰਦਰ ਕੌਰ ਸ਼ੇਰਗਿੱਲ ਪਤਨੀ ਜਸਤਾਰ ਸਿੰਘ… <box>3 244 181 861</box>
list-item: ਮੈਂ Ranyodh Singh ਪੁੱਤਰ ਰਵਿੰਦਰ ਸਿੰਘ ਨੇ ਆ… <box>188 504 366 554</box>
notice-subtitle: ਬਾ-ਅਦਾਲਤ ਸਹਾਇਕ ਕੁਲੈਕਟਰ ਦਰਜਾ ਪਹਿਲਾ/ਦੂਜਾ, … <box>1153 942 1313 975</box>
list-item: I Dharampal S/o Itbari Lal R/o Village M… <box>955 695 1131 799</box>
cell: 912234244919 <box>1384 173 1452 183</box>
list-item: ਮੈਂ ਬਗੇਲ ਸਿੰਘ ਪੁੱਤਰ ਬਲਬੀਰ ਸਿੰਘ ਵਾਸੀ ਗਲੀ … <box>766 1600 1131 1671</box>
notice-body: ਬਾ-ਅਖਤਿਆਰਾਤ ਸਹਾਇਕ ਕੁਲੈਕਟਰ ਦਰਜਾ ਦੂਜਾ, ਧਰਮ… <box>1342 977 1503 1065</box>
notice-ref: ਪੱਤਰ ਨੰਬਰ: 394/ਰੀਡਰ-2, <box>1153 1083 1227 1091</box>
list-item: ਮੈਂ ਪ੍ਰੀਤਮ ਕੌਰ ਪਤਨੀ ਆਤਮਾ ਖਾਨ ਵਾਸੀ Dehrka… <box>188 244 366 294</box>
cell: 5. <box>767 2177 819 2194</box>
disclaimer-text: 'ਅਦਾਰਾ ਹੱਕ ਸੱਚ ਦਾ ਪਹਿਰੇਦਾਰ' ਅਖ਼ਬਾਰ ਵਿਚ ਛ… <box>1343 1955 1503 2082</box>
cell: ਦੁੱਧ ਉਤਪਾਦਕ ਸਭਾ <box>819 2108 922 2125</box>
cell: 24.06.1990 <box>1325 152 1384 162</box>
cell: 25.10.1984 <box>1325 142 1384 152</box>
list-item: ਮੈਂ ਨਰੇਸ਼ ਕੁਮਾਰ ਪੁੱਤਰ ਕੇਸ਼ੋ ਰਾਮ ਵਾਸੀ ਮਕਾ… <box>766 681 942 735</box>
table-header-row: ਲੜੀ ਨੰ. ਸਭਾਵਾਂ ਦੀ ਕਿਸਮ ਸਭਾ ਦਾ ਨਾਮ <box>767 2090 1128 2108</box>
column-header: ਲੜੀ ਨੰ. <box>1154 121 1184 132</box>
list-item: ਮੈਂ ਪ੍ਰਿਯੰਕਾ ਗੁਪਤਾ ਪਤਨੀ ਮੋਹਿਤ ਸਿੰਗਲਾ ਵਾਸ… <box>766 534 942 623</box>
cell: 16.11.2001 <box>1325 183 1384 193</box>
cell: ਵਿਧਵਾ <box>1452 132 1503 142</box>
list-item: ☛ ਮੈਂ ਸੋਹਨ ਲਾਲ ਪੁੱਤਰ ਪਿਆਰਾ ਸਿੰਘ ਵਾਸੀ ਪਿੰ… <box>766 936 1131 1007</box>
list-item: ਹਰ ਆਮ ਅਤੇ ਖਾਸ ਨੂੰ ਸੂਚਿਤ ਕੀਤਾ ਜਾਂਦਾ ਹੈ ਕਿ… <box>1146 2147 1510 2222</box>
notice-date: ਮਿਤੀ 15/07/2025 <box>1354 91 1409 99</box>
notice-signature: ਸਹਾਇਕ ਕੁਲੈਕਟਰ ਦਰਜਾ ਪਹਿਲਾ, ਨਾਇਬ ਤਹਿਸੀਲਦਾਰ… <box>1153 1091 1313 1116</box>
list-item: ਮੈਂ ਸੁਖਬੀਰ ਸਿੰਘ ਪੁੱਤਰ ਗੁਰਦਿਆਲ ਸਿੰਘ ਵਾਸੀ … <box>383 352 744 386</box>
column-header: ਵਿਆਹ ਸਥਿਤੀ <box>1452 121 1503 132</box>
notice-body: ਵਿਸ਼ਾ:ਇੰਤਕਾਲ 2168 ਵਰਾਸਤ ਮੇਜਰ ਸਿੰਘ ਪੁੱਤਰ … <box>1153 1464 1313 1511</box>
notice-body: ਹਰ ਆਮ ਅਤੇ ਖਾਸ ਨੂੰ ਸੂਚਿਤ ਕੀਤਾ ਜਾਂਦਾ ਹੈ ਕਿ… <box>1153 102 1503 117</box>
